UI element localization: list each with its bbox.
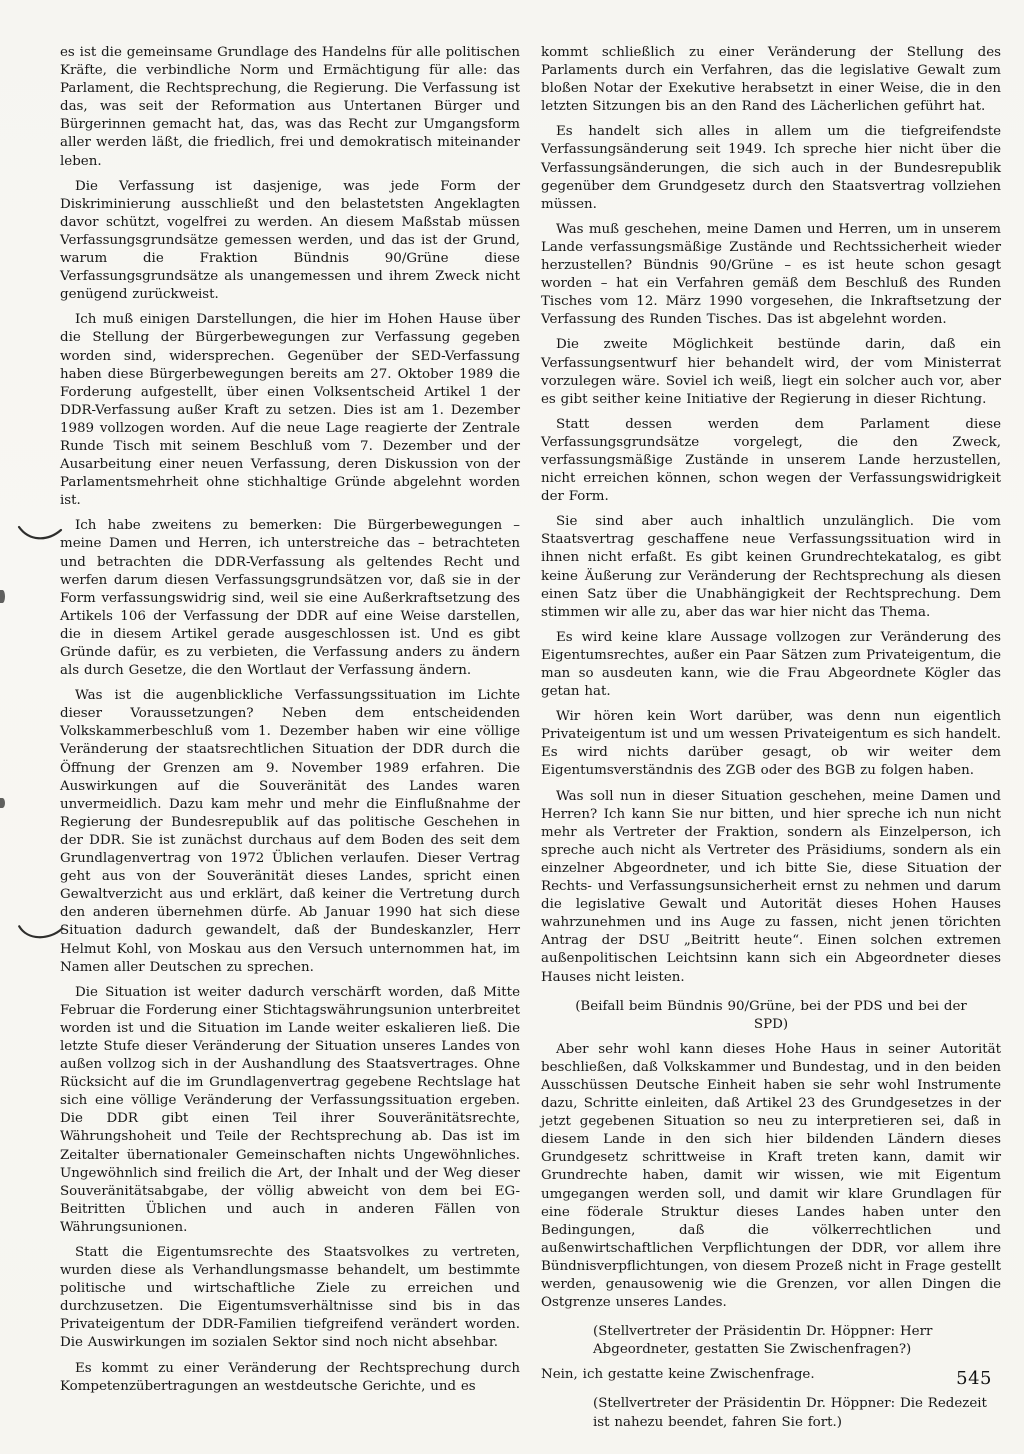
paragraph: Aber sehr wohl kann dieses Hohe Haus in … [541, 1041, 1001, 1312]
left-column: es ist die gemeinsame Grundlage des Hand… [60, 44, 520, 1437]
paragraph: es ist die gemeinsame Grundlage des Hand… [60, 44, 520, 171]
scanned-document-page: es ist die gemeinsame Grundlage des Hand… [0, 0, 1024, 1454]
paragraph: Statt die Eigentumsrechte des Staatsvolk… [60, 1244, 520, 1353]
text-columns: es ist die gemeinsame Grundlage des Hand… [60, 44, 1002, 1437]
paragraph: Wir hören kein Wort darüber, was denn nu… [541, 708, 1001, 780]
handwritten-margin-mark-icon [16, 522, 64, 544]
scan-artifact [0, 590, 5, 603]
paragraph: Sie sind aber auch inhaltlich unzulängli… [541, 513, 1001, 622]
paragraph: Es kommt zu einer Veränderung der Rechts… [60, 1360, 520, 1396]
stage-direction: (Stellvertreter der Präsidentin Dr. Höpp… [593, 1395, 995, 1431]
paragraph: Die Situation ist weiter dadurch verschä… [60, 984, 520, 1237]
page-number: 545 [956, 1368, 992, 1389]
handwritten-margin-mark-icon [16, 920, 65, 944]
paragraph: Ich habe zweitens zu bemerken: Die Bürge… [60, 517, 520, 680]
paragraph: Ich muß einigen Darstellungen, die hier … [60, 311, 520, 510]
paragraph: Was ist die augenblickliche Verfassungss… [60, 687, 520, 977]
paragraph: Nein, ich gestatte keine Zwischenfrage. [541, 1366, 1001, 1384]
paragraph: Die zweite Möglichkeit bestünde darin, d… [541, 336, 1001, 408]
paragraph: kommt schließlich zu einer Veränderung d… [541, 44, 1001, 116]
paragraph: Was muß geschehen, meine Damen und Herre… [541, 221, 1001, 330]
stage-direction: (Beifall beim Bündnis 90/Grüne, bei der … [575, 998, 967, 1034]
paragraph: Statt dessen werden dem Parlament diese … [541, 416, 1001, 506]
right-column: kommt schließlich zu einer Veränderung d… [541, 44, 1001, 1437]
paragraph: Was soll nun in dieser Situation gescheh… [541, 788, 1001, 987]
paragraph: Es handelt sich alles in allem um die ti… [541, 123, 1001, 213]
stage-direction: (Stellvertreter der Präsidentin Dr. Höpp… [593, 1323, 995, 1359]
scan-artifact [0, 798, 5, 808]
paragraph: Es wird keine klare Aussage vollzogen zu… [541, 629, 1001, 701]
paragraph: Die Verfassung ist dasjenige, was jede F… [60, 178, 520, 305]
